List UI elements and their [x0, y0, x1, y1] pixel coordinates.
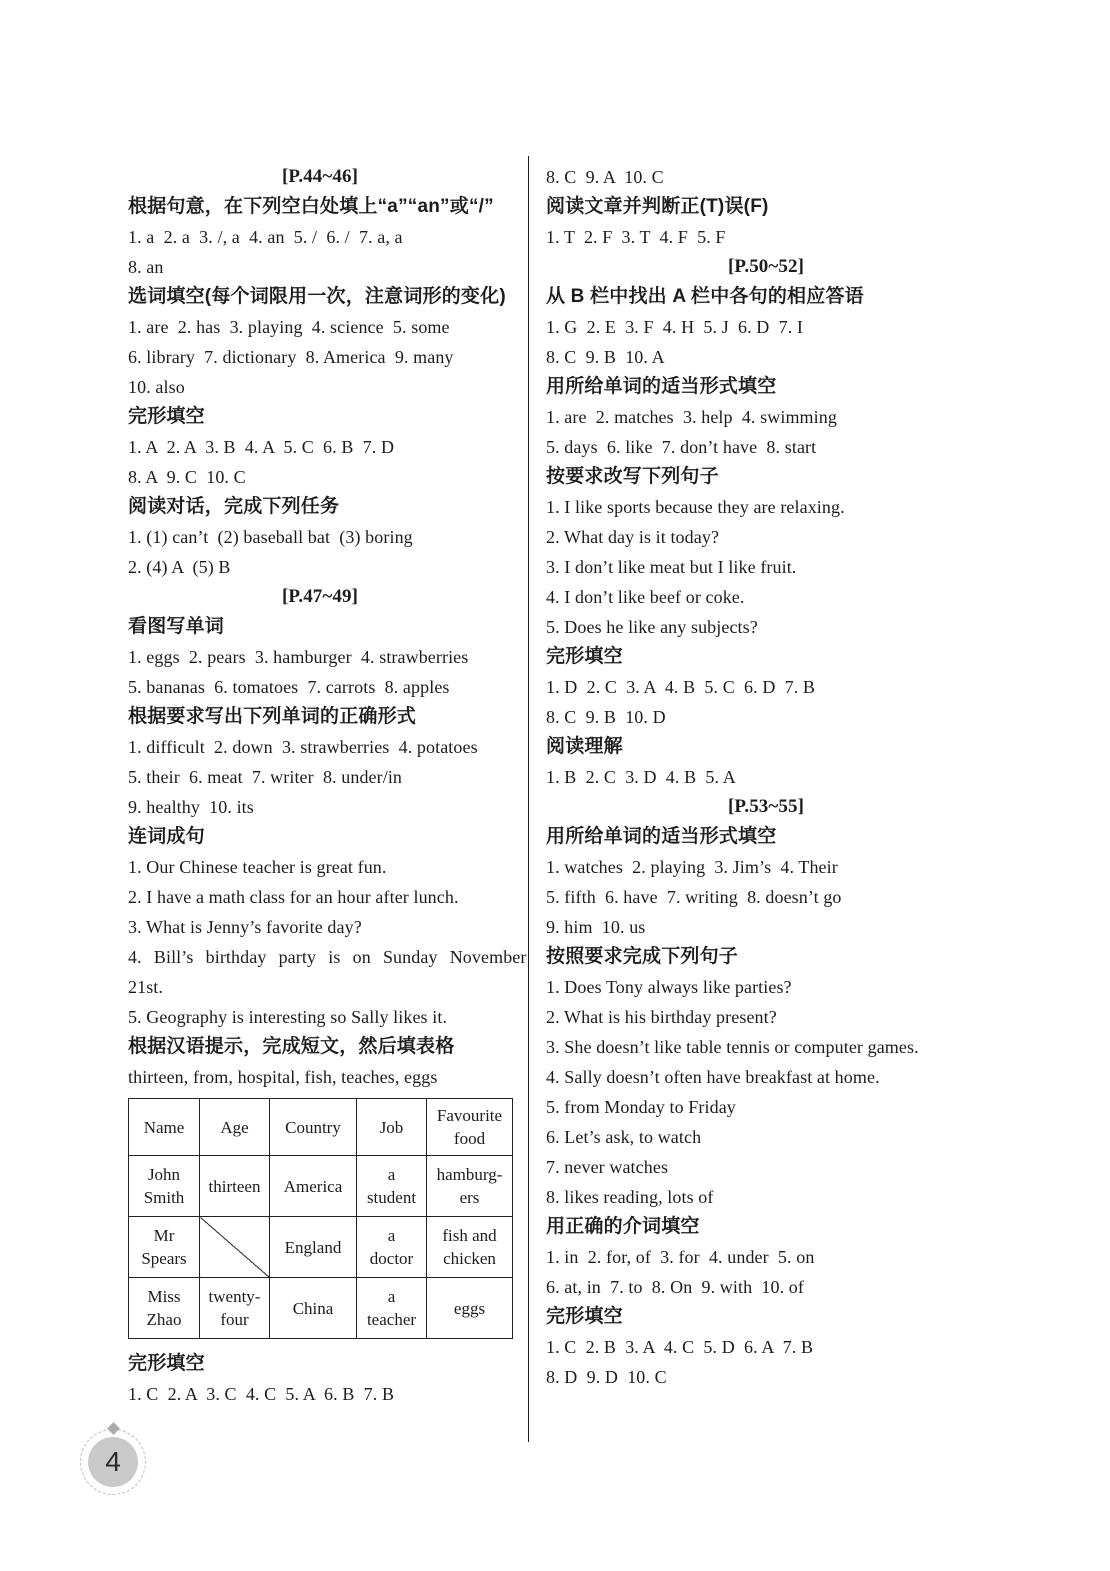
summary-table: NameAgeCountryJobFavourite foodJohn Smit…	[128, 1098, 513, 1339]
table-cell: Miss Zhao	[129, 1278, 200, 1339]
answer-line: 7. never watches	[546, 1152, 986, 1182]
answer-line: 8. C 9. B 10. A	[546, 342, 986, 372]
exercise-heading: 按照要求完成下列句子	[546, 942, 986, 972]
answer-line: 6. library 7. dictionary 8. America 9. m…	[128, 342, 512, 372]
table-cell: a student	[357, 1156, 427, 1217]
answer-line: 2. I have a math class for an hour after…	[128, 882, 512, 912]
answer-line: 9. him 10. us	[546, 912, 986, 942]
answer-line: 3. What is Jenny’s favorite day?	[128, 912, 512, 942]
section-header: [P.53~55]	[546, 792, 986, 822]
exercise-heading: 完形填空	[546, 1302, 986, 1332]
answer-line: 8. D 9. D 10. C	[546, 1362, 986, 1392]
answer-line: 5. bananas 6. tomatoes 7. carrots 8. app…	[128, 672, 512, 702]
table-cell: Mr Spears	[129, 1217, 200, 1278]
answer-line: 10. also	[128, 372, 512, 402]
table-header-cell: Name	[129, 1099, 200, 1156]
answer-line: 1. eggs 2. pears 3. hamburger 4. strawbe…	[128, 642, 512, 672]
table-row: John SmiththirteenAmericaa studenthambur…	[129, 1156, 513, 1217]
table-header-cell: Favourite food	[427, 1099, 513, 1156]
answer-line: 8. C 9. A 10. C	[546, 162, 986, 192]
table-row: Mr SpearsEnglanda doctorfish and chicken	[129, 1217, 513, 1278]
answer-line: 8. an	[128, 252, 512, 282]
answer-line: thirteen, from, hospital, fish, teaches,…	[128, 1062, 512, 1092]
table-cell: America	[270, 1156, 357, 1217]
table-cell: a doctor	[357, 1217, 427, 1278]
exercise-heading: 选词填空(每个词限用一次，注意词形的变化)	[128, 282, 512, 312]
answer-line: 1. B 2. C 3. D 4. B 5. A	[546, 762, 986, 792]
exercise-heading: 完形填空	[128, 402, 512, 432]
exercise-heading: 用所给单词的适当形式填空	[546, 822, 986, 852]
answer-line: 5. fifth 6. have 7. writing 8. doesn’t g…	[546, 882, 986, 912]
exercise-heading: 完形填空	[546, 642, 986, 672]
table-cell: a teacher	[357, 1278, 427, 1339]
table-cell: hamburg- ers	[427, 1156, 513, 1217]
section-header: [P.50~52]	[546, 252, 986, 282]
answer-line: 4. Bill’s birthday party is on Sunday No…	[128, 942, 512, 972]
table-row: Miss Zhaotwenty- fourChinaa teachereggs	[129, 1278, 513, 1339]
answer-line: 5. Geography is interesting so Sally lik…	[128, 1002, 512, 1032]
exercise-heading: 用所给单词的适当形式填空	[546, 372, 986, 402]
table-header-cell: Age	[200, 1099, 270, 1156]
answer-line: 1. difficult 2. down 3. strawberries 4. …	[128, 732, 512, 762]
answer-line: 1. I like sports because they are relaxi…	[546, 492, 986, 522]
table-cell: twenty- four	[200, 1278, 270, 1339]
answer-line: 1. C 2. A 3. C 4. C 5. A 6. B 7. B	[128, 1379, 512, 1409]
answer-line: 1. A 2. A 3. B 4. A 5. C 6. B 7. D	[128, 432, 512, 462]
answer-line: 21st.	[128, 972, 512, 1002]
exercise-heading: 根据句意，在下列空白处填上“a”“an”或“/”	[128, 192, 512, 222]
table-cell: fish and chicken	[427, 1217, 513, 1278]
table-cell: England	[270, 1217, 357, 1278]
table-diagonal-cell	[200, 1217, 270, 1278]
answer-line: 5. from Monday to Friday	[546, 1092, 986, 1122]
answer-line: 1. a 2. a 3. /, a 4. an 5. / 6. / 7. a, …	[128, 222, 512, 252]
answer-line: 2. What is his birthday present?	[546, 1002, 986, 1032]
answer-line: 1. are 2. has 3. playing 4. science 5. s…	[128, 312, 512, 342]
answer-line: 1. G 2. E 3. F 4. H 5. J 6. D 7. I	[546, 312, 986, 342]
answer-line: 1. Does Tony always like parties?	[546, 972, 986, 1002]
exercise-heading: 完形填空	[128, 1349, 512, 1379]
answer-line: 1. in 2. for, of 3. for 4. under 5. on	[546, 1242, 986, 1272]
column-left: [P.44~46]根据句意，在下列空白处填上“a”“an”或“/”1. a 2.…	[128, 162, 512, 1409]
exercise-heading: 从 B 栏中找出 A 栏中各句的相应答语	[546, 282, 986, 312]
table-header-row: NameAgeCountryJobFavourite food	[129, 1099, 513, 1156]
answer-line: 5. days 6. like 7. don’t have 8. start	[546, 432, 986, 462]
page-number-badge: 4	[80, 1429, 146, 1495]
table-header-cell: Job	[357, 1099, 427, 1156]
answer-line: 8. A 9. C 10. C	[128, 462, 512, 492]
column-right: 8. C 9. A 10. C阅读文章并判断正(T)误(F)1. T 2. F …	[546, 162, 986, 1392]
table-cell: thirteen	[200, 1156, 270, 1217]
answer-line: 8. C 9. B 10. D	[546, 702, 986, 732]
table-cell: China	[270, 1278, 357, 1339]
answer-line: 5. Does he like any subjects?	[546, 612, 986, 642]
answer-line: 1. (1) can’t (2) baseball bat (3) boring	[128, 522, 512, 552]
section-header: [P.44~46]	[128, 162, 512, 192]
exercise-heading: 根据汉语提示，完成短文，然后填表格	[128, 1032, 512, 1062]
exercise-heading: 连词成句	[128, 822, 512, 852]
answer-line: 1. T 2. F 3. T 4. F 5. F	[546, 222, 986, 252]
exercise-heading: 阅读对话，完成下列任务	[128, 492, 512, 522]
exercise-heading: 按要求改写下列句子	[546, 462, 986, 492]
answer-line: 4. I don’t like beef or coke.	[546, 582, 986, 612]
table-header-cell: Country	[270, 1099, 357, 1156]
answer-line: 5. their 6. meat 7. writer 8. under/in	[128, 762, 512, 792]
exercise-heading: 阅读文章并判断正(T)误(F)	[546, 192, 986, 222]
answer-line: 2. (4) A (5) B	[128, 552, 512, 582]
table-body: John SmiththirteenAmericaa studenthambur…	[129, 1156, 513, 1339]
answer-line: 3. She doesn’t like table tennis or comp…	[546, 1032, 986, 1062]
answer-key-page: [P.44~46]根据句意，在下列空白处填上“a”“an”或“/”1. a 2.…	[0, 0, 1110, 1571]
page-number: 4	[88, 1437, 138, 1487]
answer-line: 1. C 2. B 3. A 4. C 5. D 6. A 7. B	[546, 1332, 986, 1362]
table-head: NameAgeCountryJobFavourite food	[129, 1099, 513, 1156]
table-cell: eggs	[427, 1278, 513, 1339]
answer-line: 4. Sally doesn’t often have breakfast at…	[546, 1062, 986, 1092]
answer-line: 9. healthy 10. its	[128, 792, 512, 822]
answer-line: 8. likes reading, lots of	[546, 1182, 986, 1212]
answer-line: 1. watches 2. playing 3. Jim’s 4. Their	[546, 852, 986, 882]
column-divider	[528, 156, 529, 1442]
answer-line: 6. Let’s ask, to watch	[546, 1122, 986, 1152]
exercise-heading: 看图写单词	[128, 612, 512, 642]
section-header: [P.47~49]	[128, 582, 512, 612]
answer-line: 1. D 2. C 3. A 4. B 5. C 6. D 7. B	[546, 672, 986, 702]
answer-line: 2. What day is it today?	[546, 522, 986, 552]
answer-line: 1. are 2. matches 3. help 4. swimming	[546, 402, 986, 432]
answer-line: 6. at, in 7. to 8. On 9. with 10. of	[546, 1272, 986, 1302]
table-cell: John Smith	[129, 1156, 200, 1217]
exercise-heading: 根据要求写出下列单词的正确形式	[128, 702, 512, 732]
exercise-heading: 用正确的介词填空	[546, 1212, 986, 1242]
answer-line: 3. I don’t like meat but I like fruit.	[546, 552, 986, 582]
answer-line: 1. Our Chinese teacher is great fun.	[128, 852, 512, 882]
exercise-heading: 阅读理解	[546, 732, 986, 762]
